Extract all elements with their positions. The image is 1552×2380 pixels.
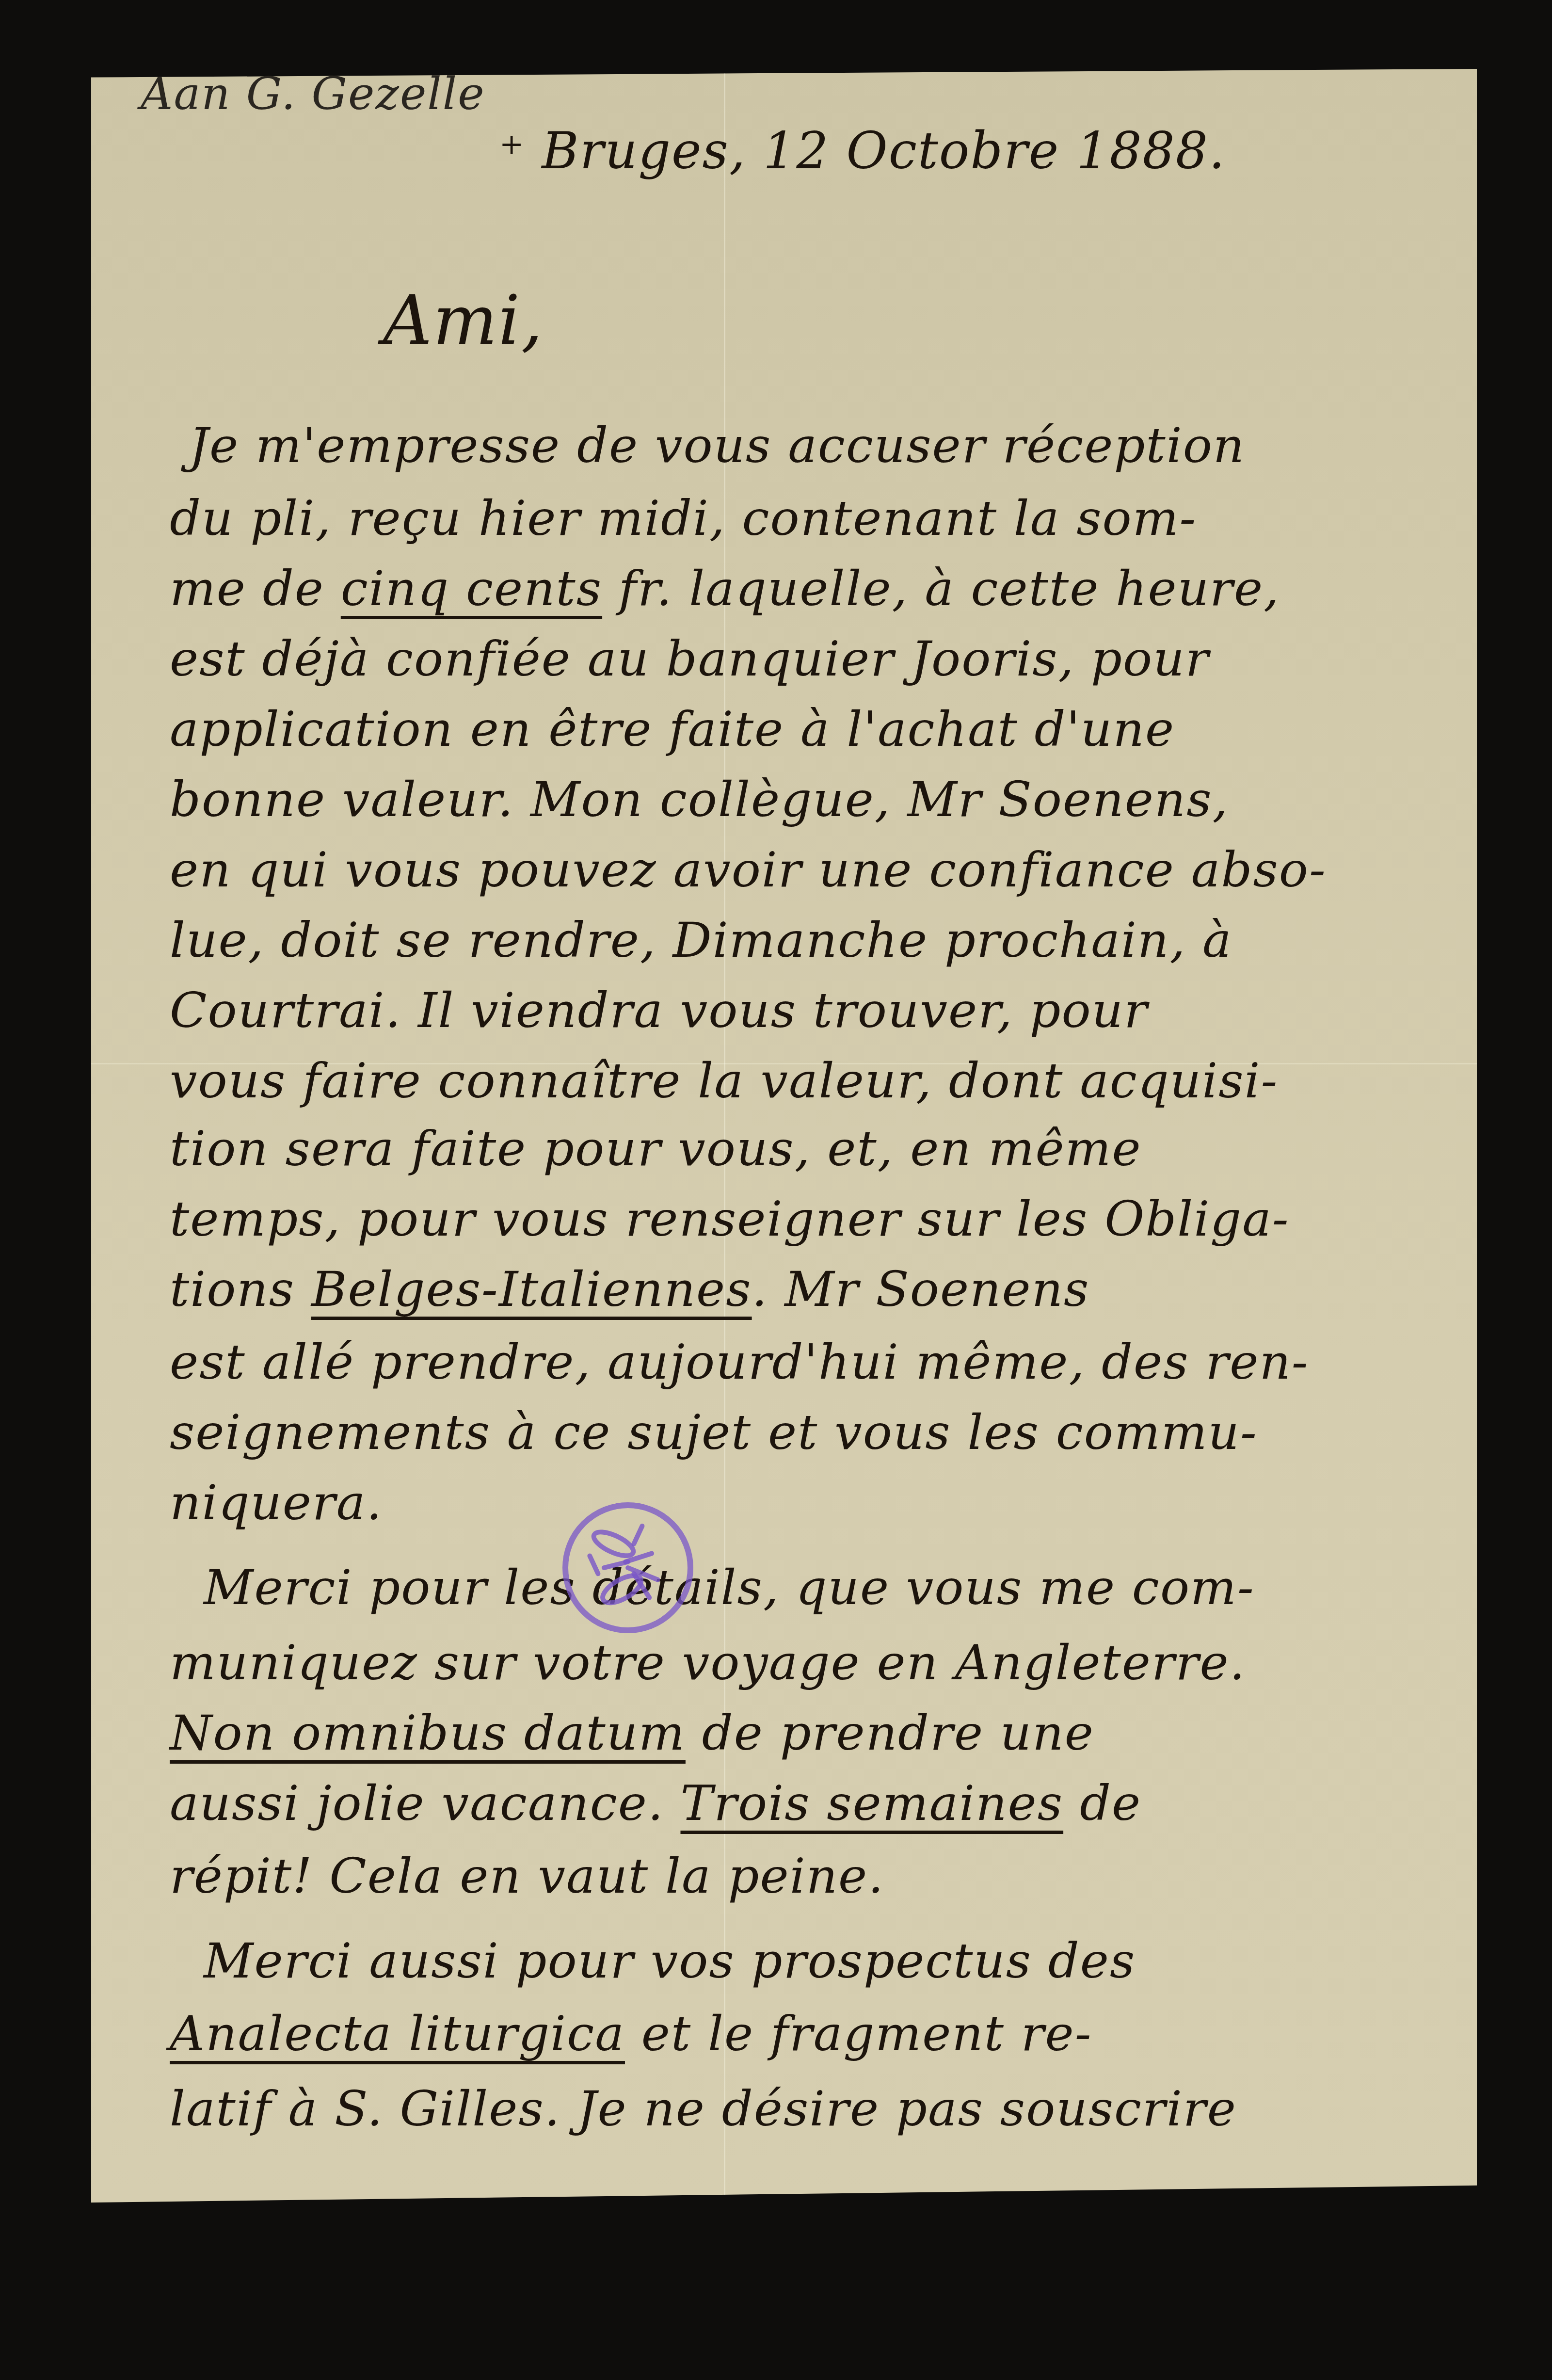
letter-line: tions Belges-Italiennes. Mr Soenens bbox=[170, 1261, 1089, 1318]
line-text: tions bbox=[170, 1261, 311, 1318]
letter-line: Merci aussi pour vos prospectus des bbox=[204, 1932, 1136, 1989]
line-text: application en être faite à l'achat d'un… bbox=[170, 701, 1175, 757]
line-text: en qui vous pouvez avoir une confiance a… bbox=[170, 841, 1327, 898]
line-text: répit! Cela en vaut la peine. bbox=[170, 1848, 884, 1904]
dateline: + Bruges, 12 Octobre 1888. bbox=[499, 121, 1226, 180]
line-text: seignements à ce sujet et vous les commu… bbox=[170, 1404, 1258, 1461]
cross-icon: + bbox=[499, 127, 525, 161]
dateline-date: 12 Octobre 1888. bbox=[763, 121, 1226, 180]
letter-line: Non omnibus datum de prendre une bbox=[170, 1705, 1094, 1761]
line-text: aussi jolie vacance. bbox=[170, 1775, 680, 1832]
underlined-phrase: cinq cents bbox=[341, 560, 602, 617]
line-text: est déjà confiée au banquier Jooris, pou… bbox=[170, 630, 1209, 687]
line-text: fr. laquelle, à cette heure, bbox=[602, 560, 1280, 617]
line-text: . Mr Soenens bbox=[752, 1261, 1090, 1318]
letter-line: en qui vous pouvez avoir une confiance a… bbox=[170, 841, 1327, 898]
line-text: latif à S. Gilles. Je ne désire pas sous… bbox=[170, 2080, 1237, 2137]
show-through-text bbox=[1085, 287, 1102, 349]
letter-line: latif à S. Gilles. Je ne désire pas sous… bbox=[170, 2080, 1237, 2137]
letter-line: tion sera faite pour vous, et, en même bbox=[170, 1120, 1142, 1177]
letter-line: seignements à ce sujet et vous les commu… bbox=[170, 1404, 1258, 1461]
line-text: du pli, reçu hier midi, contenant la som… bbox=[170, 490, 1197, 547]
letter-line: muniquez sur votre voyage en Angleterre. bbox=[170, 1634, 1246, 1691]
letter-line: Merci pour les détails, que vous me com- bbox=[204, 1559, 1255, 1616]
line-text: et le fragment re- bbox=[625, 2005, 1092, 2062]
letter-line: du pli, reçu hier midi, contenant la som… bbox=[170, 490, 1197, 547]
letter-line: Je m'empresse de vous accuser réception bbox=[189, 417, 1245, 474]
line-text: de prendre une bbox=[686, 1705, 1094, 1761]
underlined-phrase: Non omnibus datum bbox=[170, 1705, 686, 1761]
salutation: Ami, bbox=[383, 281, 544, 360]
line-text: lue, doit se rendre, Dimanche prochain, … bbox=[170, 912, 1232, 968]
underlined-phrase: Belges-Italiennes bbox=[311, 1261, 752, 1318]
letter-line: Analecta liturgica et le fragment re- bbox=[170, 2005, 1092, 2062]
archive-stamp bbox=[562, 1502, 693, 1633]
underlined-phrase: Analecta liturgica bbox=[170, 2005, 625, 2062]
letter-line: répit! Cela en vaut la peine. bbox=[170, 1848, 884, 1904]
bee-emblem-icon bbox=[568, 1508, 688, 1627]
line-text: tion sera faite pour vous, et, en même bbox=[170, 1120, 1142, 1177]
letter-line: vous faire connaître la valeur, dont acq… bbox=[170, 1052, 1278, 1109]
dateline-place: Bruges, bbox=[542, 121, 746, 180]
letter-line: aussi jolie vacance. Trois semaines de bbox=[170, 1775, 1141, 1832]
line-text: niquera. bbox=[170, 1474, 383, 1531]
line-text: temps, pour vous renseigner sur les Obli… bbox=[170, 1190, 1290, 1247]
underlined-phrase: Trois semaines bbox=[680, 1775, 1063, 1832]
line-text: est allé prendre, aujourd'hui même, des … bbox=[170, 1334, 1309, 1390]
line-text: vous faire connaître la valeur, dont acq… bbox=[170, 1052, 1278, 1109]
letter-line: Courtrai. Il viendra vous trouver, pour bbox=[170, 982, 1148, 1039]
line-text: me de bbox=[170, 560, 341, 617]
line-text: Je m'empresse de vous accuser réception bbox=[189, 417, 1245, 474]
letter-line: bonne valeur. Mon collègue, Mr Soenens, bbox=[170, 771, 1229, 828]
line-text: muniquez sur votre voyage en Angleterre. bbox=[170, 1634, 1246, 1691]
letter-line: est déjà confiée au banquier Jooris, pou… bbox=[170, 630, 1209, 687]
archival-annotation: Aan G. Gezelle bbox=[141, 68, 485, 120]
letter-line: me de cinq cents fr. laquelle, à cette h… bbox=[170, 560, 1280, 617]
letter-line: application en être faite à l'achat d'un… bbox=[170, 701, 1175, 757]
line-text: bonne valeur. Mon collègue, Mr Soenens, bbox=[170, 771, 1229, 828]
letter-line: temps, pour vous renseigner sur les Obli… bbox=[170, 1190, 1290, 1247]
line-text: Merci pour les détails, que vous me com- bbox=[204, 1559, 1255, 1616]
letter-line: lue, doit se rendre, Dimanche prochain, … bbox=[170, 912, 1232, 968]
line-text: Courtrai. Il viendra vous trouver, pour bbox=[170, 982, 1148, 1039]
line-text: Merci aussi pour vos prospectus des bbox=[204, 1932, 1136, 1989]
line-text: de bbox=[1063, 1775, 1141, 1832]
letter-line: est allé prendre, aujourd'hui même, des … bbox=[170, 1334, 1309, 1390]
letter-line: niquera. bbox=[170, 1474, 383, 1531]
